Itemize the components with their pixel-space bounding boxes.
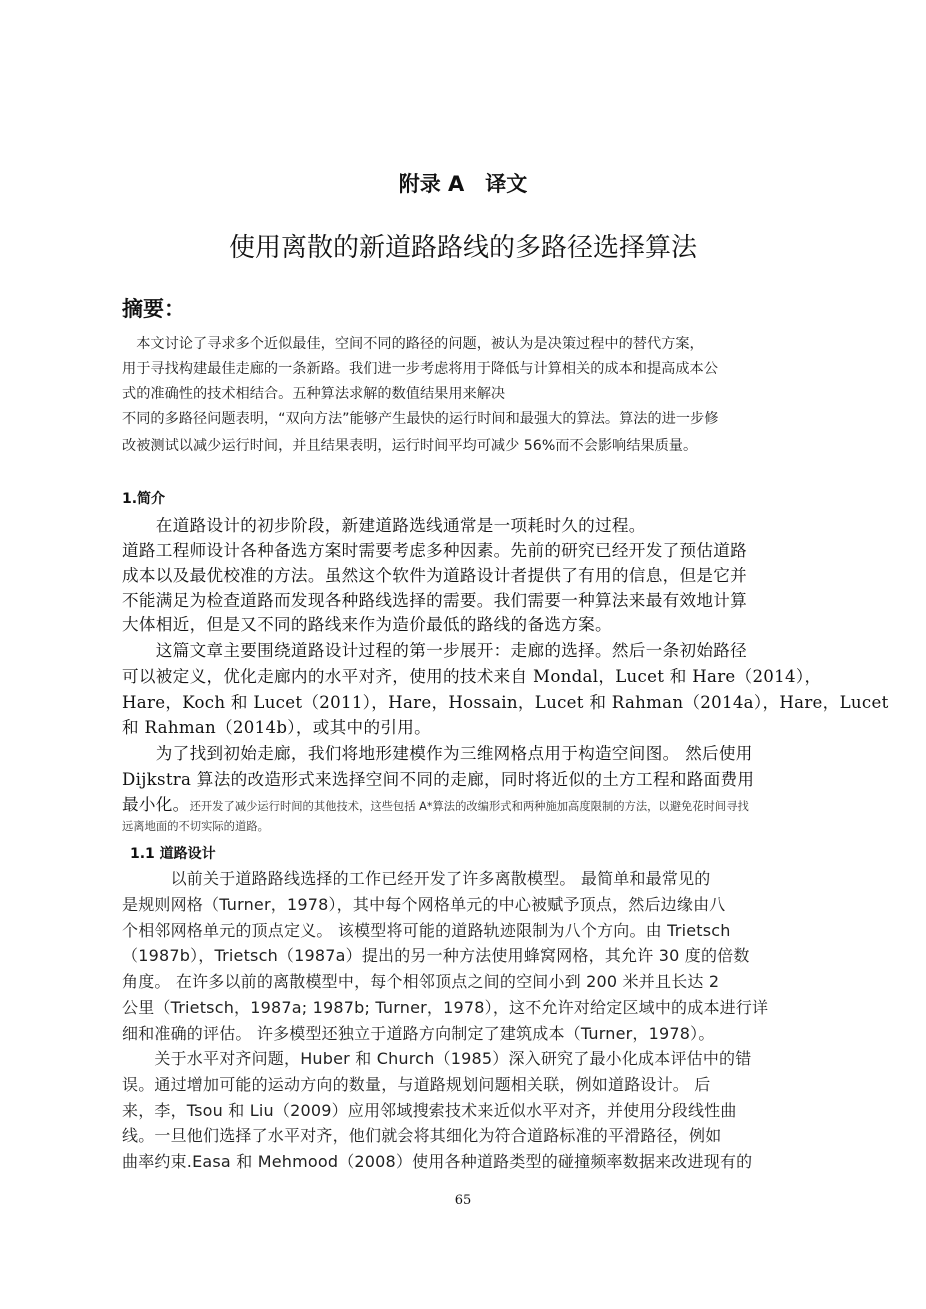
body-line: 成本以及最优校准的方法。虽然这个软件为道路设计者提供了有用的信息，但是它并 bbox=[122, 562, 810, 586]
abstract-line: 式的准确性的技术相结合。五种算法求解的数值结果用来解决 bbox=[122, 383, 810, 403]
abstract-heading: 摘要： bbox=[122, 293, 810, 323]
body-text-small: 还开发了减少运行时间的其他技术，这些包括 A*算法的改编形式和两种施加高度限制的… bbox=[190, 800, 749, 813]
abstract-line: 本文讨论了寻求多个近似最佳，空间不同的路径的问题，被认为是决策过程中的替代方案， bbox=[122, 333, 810, 353]
body-line: 大体相近，但是又不同的路线来作为造价最低的路线的备选方案。 bbox=[122, 611, 810, 635]
body-line: 来，李，Tsou 和 Liu（2009）应用邻域搜索技术来近似水平对齐，并使用分… bbox=[122, 1098, 810, 1121]
body-line: 角度。 在许多以前的离散模型中，每个相邻顶点之间的空间小到 200 米并且长达 … bbox=[122, 969, 810, 992]
body-line: 可以被定义，优化走廊内的水平对齐，使用的技术来自 Mondal，Lucet 和 … bbox=[122, 663, 810, 687]
body-line-small: 远离地面的不切实际的道路。 bbox=[122, 818, 810, 834]
body-line: 误。通过增加可能的运动方向的数量，与道路规划问题相关联，例如道路设计。 后 bbox=[122, 1072, 810, 1095]
section-heading-intro: 1.简介 bbox=[122, 488, 810, 508]
body-line: Hare，Koch 和 Lucet（2011），Hare，Hossain，Luc… bbox=[122, 689, 810, 713]
body-line: 个相邻网格单元的顶点定义。 该模型将可能的道路轨迹限制为八个方向。由 Triet… bbox=[122, 918, 810, 941]
body-line-mixed: 最小化。还开发了减少运行时间的其他技术，这些包括 A*算法的改编形式和两种施加高… bbox=[122, 791, 810, 815]
body-text-large: 最小化。 bbox=[122, 795, 190, 814]
abstract-line: 改被测试以减少运行时间，并且结果表明，运行时间平均可减少 56%而不会影响结果质… bbox=[122, 435, 810, 455]
body-line: 是规则网格（Turner，1978），其中每个网格单元的中心被赋予顶点，然后边缘… bbox=[122, 892, 810, 915]
abstract-line: 用于寻找构建最佳走廊的一条新路。我们进一步考虑将用于降低与计算相关的成本和提高成… bbox=[122, 358, 810, 378]
body-line: Dijkstra 算法的改造形式来选择空间不同的走廊，同时将近似的土方工程和路面… bbox=[122, 766, 810, 790]
document-page: 附录 A 译文 使用离散的新道路路线的多路径选择算法 摘要： 本文讨论了寻求多个… bbox=[0, 0, 926, 1309]
page-number: 65 bbox=[0, 1193, 926, 1208]
body-line: 公里（Trietsch，1987a; 1987b; Turner，1978），这… bbox=[122, 995, 810, 1018]
body-line: 关于水平对齐问题，Huber 和 Church（1985）深入研究了最小化成本评… bbox=[122, 1046, 810, 1069]
body-line: 线。一旦他们选择了水平对齐，他们就会将其细化为符合道路标准的平滑路径，例如 bbox=[122, 1123, 810, 1146]
abstract-line: 不同的多路径问题表明，“双向方法”能够产生最快的运行时间和最强大的算法。算法的进… bbox=[122, 408, 810, 428]
body-line: 在道路设计的初步阶段，新建道路选线通常是一项耗时久的过程。 bbox=[122, 512, 810, 536]
body-line: （1987b），Trietsch（1987a）提出的另一种方法使用蜂窝网格，其允… bbox=[122, 943, 810, 966]
body-line: 不能满足为检查道路而发现各种路线选择的需要。我们需要一种算法来最有效地计算 bbox=[122, 587, 810, 611]
body-line: 曲率约束.Easa 和 Mehmood（2008）使用各种道路类型的碰撞频率数据… bbox=[122, 1149, 810, 1172]
paper-title: 使用离散的新道路路线的多路径选择算法 bbox=[0, 227, 926, 264]
body-line: 这篇文章主要围绕道路设计过程的第一步展开：走廊的选择。然后一条初始路径 bbox=[122, 637, 810, 661]
body-line: 道路工程师设计各种备选方案时需要考虑多种因素。先前的研究已经开发了预估道路 bbox=[122, 537, 810, 561]
section-heading-road-design: 1.1 道路设计 bbox=[130, 843, 818, 863]
appendix-label: 附录 A 译文 bbox=[0, 168, 926, 198]
body-line: 以前关于道路路线选择的工作已经开发了许多离散模型。 最简单和最常见的 bbox=[122, 866, 810, 889]
body-line: 和 Rahman（2014b），或其中的引用。 bbox=[122, 714, 810, 738]
body-line: 为了找到初始走廊，我们将地形建模作为三维网格点用于构造空间图。 然后使用 bbox=[122, 740, 810, 764]
body-line: 细和准确的评估。 许多模型还独立于道路方向制定了建筑成本（Turner，1978… bbox=[122, 1021, 810, 1044]
